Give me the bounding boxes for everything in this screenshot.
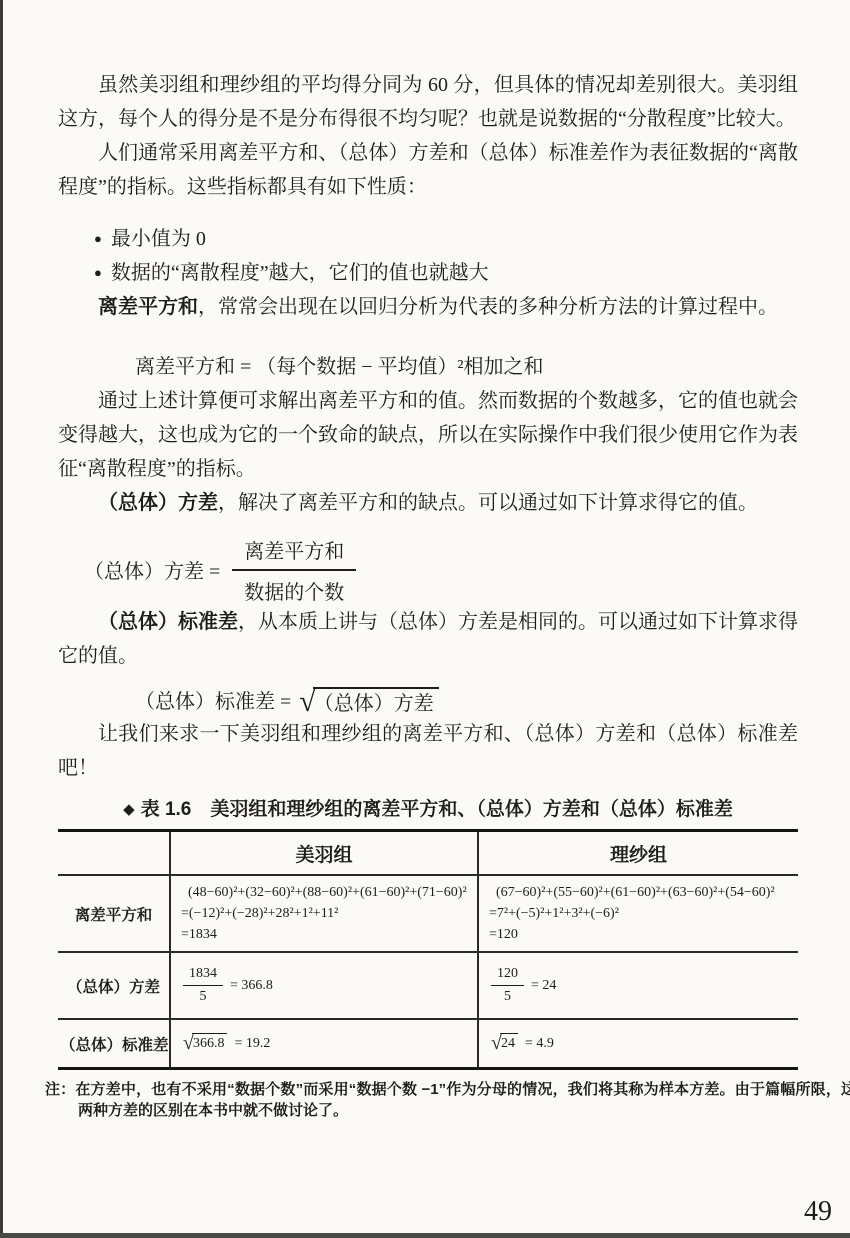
formula-sum-of-squares: 离差平方和 = （每个数据 − 平均值）²相加之和: [135, 350, 798, 384]
fraction-numerator: 120: [491, 966, 524, 986]
footnote-label: 注：: [45, 1081, 75, 1098]
term-sum-of-squares: 离差平方和: [98, 296, 198, 318]
fraction: 120 5: [491, 966, 524, 1005]
footnote: 注：在方差中，也有不采用“数据个数”而采用“数据个数 −1”作为分母的情况，我们…: [45, 1079, 850, 1121]
cell-sumsq-mihu: (48−60)²+(32−60)²+(88−60)²+(61−60)²+(71−…: [170, 875, 478, 952]
table-row: （总体）标准差 √ 366.8 = 19.2 √ 24 = 4.9: [58, 1019, 798, 1069]
list-item: 数据的“离散程度”越大，它们的值也就越大: [94, 256, 798, 290]
paragraph-overview: 虽然美羽组和理纱组的平均得分同为 60 分，但具体的情况却差别很大。美羽组这方，…: [58, 68, 798, 136]
bullet-text: 数据的“离散程度”越大，它们的值也就越大: [111, 262, 489, 284]
list-item: 最小值为 0: [94, 222, 798, 256]
cell-stddev-risa: √ 24 = 4.9: [478, 1019, 798, 1069]
fraction-denominator: 数据的个数: [232, 571, 356, 605]
paragraph-variance-intro: （总体）方差，解决了离差平方和的缺点。可以通过如下计算求得它的值。: [58, 486, 798, 520]
row-label-variance: （总体）方差: [58, 952, 170, 1019]
term-variance: （总体）方差: [98, 492, 218, 514]
paragraph-sumsq-drawback: 通过上述计算便可求解出离差平方和的值。然而数据的个数越多，它的值也就会变得越大，…: [58, 384, 798, 486]
result-value: = 19.2: [234, 1034, 270, 1054]
variance-intro-rest: ，解决了离差平方和的缺点。可以通过如下计算求得它的值。: [218, 492, 758, 514]
radicand: 24: [500, 1033, 518, 1053]
formula-variance-lhs: （总体）方差 =: [84, 555, 220, 584]
fraction-denominator: 5: [183, 986, 223, 1005]
formula-stddev-lhs: （总体）标准差 =: [135, 687, 291, 717]
radicand: （总体）方差: [313, 687, 439, 717]
math-line: (48−60)²+(32−60)²+(88−60)²+(61−60)²+(71−…: [181, 882, 471, 903]
paragraph-stddev-intro: （总体）标准差，从本质上讲与（总体）方差是相同的。可以通过如下计算求得它的值。: [58, 605, 798, 673]
cell-variance-risa: 120 5 = 24: [478, 952, 798, 1019]
scan-edge-left: [0, 0, 3, 1238]
stats-table: 美羽组 理纱组 离差平方和 (48−60)²+(32−60)²+(88−60)²…: [58, 829, 798, 1070]
fraction: 1834 5: [183, 966, 223, 1005]
row-label-stddev: （总体）标准差: [58, 1019, 170, 1069]
cell-stddev-mihu: √ 366.8 = 19.2: [170, 1019, 478, 1069]
table-header-row: 美羽组 理纱组: [58, 831, 798, 876]
fraction-numerator: 1834: [183, 966, 223, 986]
cell-sumsq-risa: (67−60)²+(55−60)²+(61−60)²+(63−60)²+(54−…: [478, 875, 798, 952]
formula-stddev: （总体）标准差 = √ （总体）方差: [135, 687, 798, 717]
property-list: 最小值为 0 数据的“离散程度”越大，它们的值也就越大: [58, 222, 798, 290]
math-line: =1834: [181, 924, 471, 945]
formula-variance: （总体）方差 = 离差平方和 数据的个数: [84, 534, 798, 605]
paragraph-indicators: 人们通常采用离差平方和、（总体）方差和（总体）标准差作为表征数据的“离散程度”的…: [58, 136, 798, 204]
book-page: { "colors": { "ink": "#1e1d1b", "paper":…: [0, 0, 850, 1238]
math-line: (67−60)²+(55−60)²+(61−60)²+(63−60)²+(54−…: [489, 882, 792, 903]
table-caption: ◆表 1.6 美羽组和理纱组的离差平方和、（总体）方差和（总体）标准差: [58, 797, 798, 823]
bullet-text: 最小值为 0: [111, 228, 206, 250]
fraction: 离差平方和 数据的个数: [232, 534, 356, 605]
page-content: 虽然美羽组和理纱组的平均得分同为 60 分，但具体的情况却差别很大。美羽组这方，…: [0, 0, 850, 1121]
bullet-icon: [94, 228, 111, 250]
page-number: 49: [804, 1196, 832, 1228]
paragraph-sum-of-squares-intro: 离差平方和，常常会出现在以回归分析为代表的多种分析方法的计算过程中。: [58, 290, 798, 324]
sum-of-squares-intro-rest: ，常常会出现在以回归分析为代表的多种分析方法的计算过程中。: [198, 296, 778, 318]
paragraph-closing: 让我们来求一下美羽组和理纱组的离差平方和、（总体）方差和（总体）标准差吧！: [58, 717, 798, 785]
table-row: （总体）方差 1834 5 = 366.8 120 5 = 24: [58, 952, 798, 1019]
fraction-denominator: 5: [491, 986, 524, 1005]
diamond-icon: ◆: [123, 801, 135, 818]
result-value: = 366.8: [230, 978, 273, 994]
column-header-mihu: 美羽组: [170, 831, 478, 876]
scan-edge-bottom: [0, 1233, 850, 1238]
result-value: = 4.9: [525, 1034, 554, 1054]
math-line: =120: [489, 924, 792, 945]
bullet-icon: [94, 262, 111, 284]
column-header-risa: 理纱组: [478, 831, 798, 876]
corner-cell: [58, 831, 170, 876]
term-stddev: （总体）标准差: [98, 611, 238, 633]
fraction-numerator: 离差平方和: [232, 534, 356, 571]
footnote-text: 在方差中，也有不采用“数据个数”而采用“数据个数 −1”作为分母的情况，我们将其…: [75, 1081, 850, 1119]
table-row: 离差平方和 (48−60)²+(32−60)²+(88−60)²+(61−60)…: [58, 875, 798, 952]
cell-variance-mihu: 1834 5 = 366.8: [170, 952, 478, 1019]
radicand: 366.8: [192, 1033, 228, 1053]
row-label-sumsq: 离差平方和: [58, 875, 170, 952]
table-caption-text: 表 1.6 美羽组和理纱组的离差平方和、（总体）方差和（总体）标准差: [141, 799, 733, 820]
math-line: =7²+(−5)²+1²+3²+(−6)²: [489, 903, 792, 924]
result-value: = 24: [531, 978, 556, 994]
math-line: =(−12)²+(−28)²+28²+1²+11²: [181, 903, 471, 924]
